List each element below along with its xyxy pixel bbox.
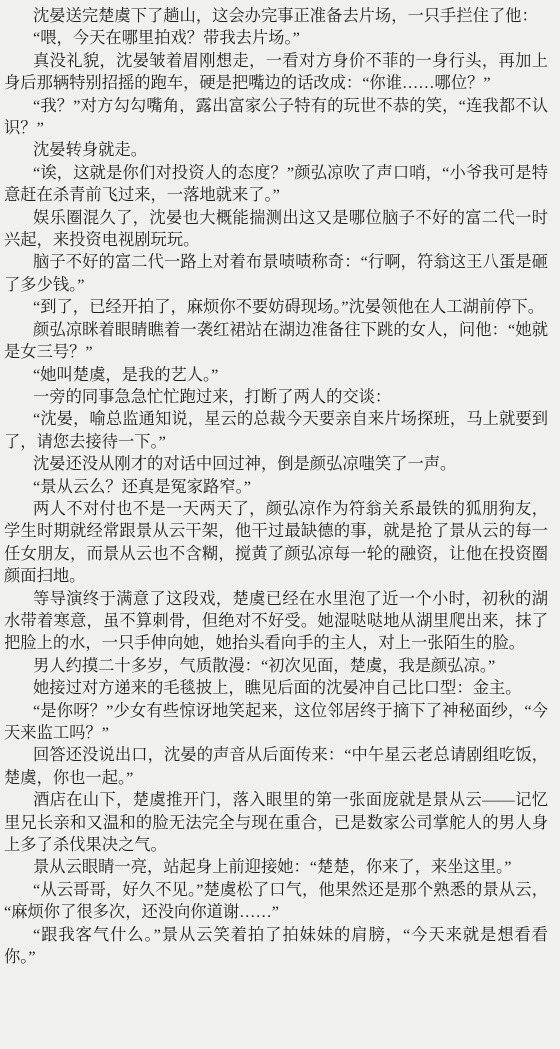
paragraph: 男人约摸二十多岁，气质散漫：“初次见面，楚虞，我是颜弘凉。” [4,655,548,677]
paragraph: 景从云眼睛一亮，站起身上前迎接她：“楚楚，你来了，来坐这里。” [4,856,548,878]
paragraph: “景从云么？还真是冤家路窄。” [4,476,548,498]
paragraph: “喂，今天在哪里拍戏？带我去片场。” [4,27,548,49]
paragraph: 等导演终于满意了这段戏，楚虞已经在水里泡了近一个小时，初秋的湖水带着寒意，虽不算… [4,588,548,655]
paragraph: “我？”对方勾勾嘴角，露出富家公子特有的玩世不恭的笑，“连我都不认识？” [4,95,548,140]
paragraph: “是你呀？”少女有些惊讶地笑起来，这位邻居终于摘下了神秘面纱，“今天来监工吗？” [4,700,548,745]
paragraph: 酒店在山下，楚虞推开门，落入眼里的第一张面庞就是景从云——记忆里兄长亲和又温和的… [4,789,548,856]
paragraph: 她接过对方递来的毛毯披上，瞧见后面的沈晏冲自己比口型：金主。 [4,677,548,699]
paragraph: “诶，这就是你们对投资人的态度？”颜弘凉吹了声口哨，“小爷我可是特意赶在杀青前飞… [4,162,548,207]
paragraph: “沈晏，喻总监通知说，星云的总裁今天要亲自来片场探班，马上就要到了，请您去接待一… [4,408,548,453]
paragraph: 娱乐圈混久了，沈晏也大概能揣测出这又是哪位脑子不好的富二代一时兴起，来投资电视剧… [4,207,548,252]
paragraph: 沈晏还没从刚才的对话中回过神，倒是颜弘凉嗤笑了一声。 [4,453,548,475]
paragraph: 回答还没说出口，沈晏的声音从后面传来：“中午星云老总请剧组吃饭，楚虞，你也一起。… [4,744,548,789]
reader-page: 沈晏送完楚虞下了趟山，这会办完事正准备去片场，一只手拦住了他： “喂，今天在哪里… [0,0,560,1049]
paragraph: 沈晏送完楚虞下了趟山，这会办完事正准备去片场，一只手拦住了他： [4,5,548,27]
paragraph: 沈晏转身就走。 [4,139,548,161]
paragraph: “跟我客气什么。”景从云笑着拍了拍妹妹的肩膀，“今天来就是想看看你。” [4,924,548,969]
paragraph: “她叫楚虞，是我的艺人。” [4,364,548,386]
paragraph: 两人不对付也不是一天两天了，颜弘凉作为符翁关系最铁的狐朋狗友，学生时期就经常跟景… [4,498,548,588]
paragraph: 一旁的同事急急忙忙跑过来，打断了两人的交谈： [4,386,548,408]
paragraph: 颜弘凉眯着眼睛瞧着一袭红裙站在湖边准备往下跳的女人，问他：“她就是女三号？” [4,319,548,364]
paragraph: “从云哥哥，好久不见。”楚虞松了口气，他果然还是那个熟悉的景从云，“麻烦你了很多… [4,879,548,924]
paragraph: 真没礼貌，沈晏皱着眉刚想走，一看对方身价不菲的一身行头，再加上身后那辆特别招摇的… [4,50,548,95]
paragraph: 脑子不好的富二代一路上对着布景啧啧称奇：“行啊，符翁这王八蛋是砸了多少钱。” [4,251,548,296]
paragraph: “到了，已经开拍了，麻烦你不要妨碍现场。”沈晏领他在人工湖前停下。 [4,296,548,318]
